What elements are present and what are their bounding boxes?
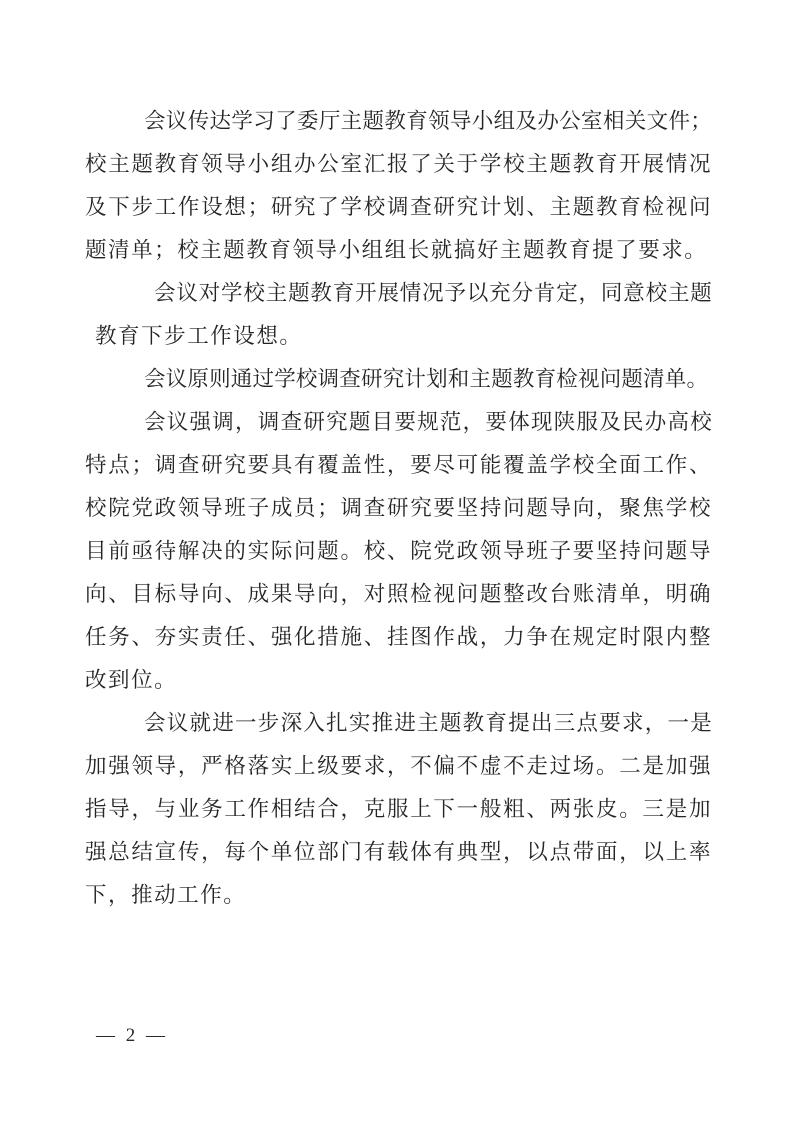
paragraph-1: 会议传达学习了委厅主题教育领导小组及办公室相关文件； 校主题教育领导小组办公室汇…: [85, 100, 712, 272]
paragraph-4: 会议强调，调查研究题目要规范，要体现陕服及民办高校 特点；调查研究要具有覆盖性，…: [85, 401, 712, 702]
text-line: 教育下步工作设想。: [95, 315, 712, 358]
text-line: 改到位。: [85, 659, 712, 702]
paragraph-5: 会议就进一步深入扎实推进主题教育提出三点要求，一是 加强领导，严格落实上级要求，…: [85, 702, 712, 917]
page-number: — 2 —: [96, 1026, 165, 1046]
paragraph-3: 会议原则通过学校调查研究计划和主题教育检视问题清单。: [85, 358, 712, 401]
text-line: 会议强调，调查研究题目要规范，要体现陕服及民办高校: [85, 401, 712, 444]
text-line: 任务、夯实责任、强化措施、挂图作战，力争在规定时限内整: [85, 616, 712, 659]
text-line: 会议就进一步深入扎实推进主题教育提出三点要求，一是: [85, 702, 712, 745]
text-line: 校院党政领导班子成员；调查研究要坚持问题导向，聚焦学校: [85, 487, 712, 530]
text-line: 目前亟待解决的实际问题。校、院党政领导班子要坚持问题导: [85, 530, 712, 573]
document-body: 会议传达学习了委厅主题教育领导小组及办公室相关文件； 校主题教育领导小组办公室汇…: [85, 100, 712, 917]
text-line: 题清单；校主题教育领导小组组长就搞好主题教育提了要求。: [85, 229, 712, 272]
text-line: 校主题教育领导小组办公室汇报了关于学校主题教育开展情况: [85, 143, 712, 186]
text-line: 会议对学校主题教育开展情况予以充分肯定，同意校主题: [95, 272, 712, 315]
text-line: 下，推动工作。: [85, 874, 712, 917]
text-line: 指导，与业务工作相结合，克服上下一般粗、两张皮。三是加: [85, 788, 712, 831]
text-line: 特点；调查研究要具有覆盖性，要尽可能覆盖学校全面工作、: [85, 444, 712, 487]
document-page: 会议传达学习了委厅主题教育领导小组及办公室相关文件； 校主题教育领导小组办公室汇…: [0, 0, 794, 1123]
text-line: 会议原则通过学校调查研究计划和主题教育检视问题清单。: [85, 358, 712, 401]
paragraph-2: 会议对学校主题教育开展情况予以充分肯定，同意校主题 教育下步工作设想。: [95, 272, 712, 358]
text-line: 向、目标导向、成果导向，对照检视问题整改台账清单，明确: [85, 573, 712, 616]
text-line: 加强领导，严格落实上级要求，不偏不虚不走过场。二是加强: [85, 745, 712, 788]
text-line: 及下步工作设想；研究了学校调查研究计划、主题教育检视问: [85, 186, 712, 229]
text-line: 会议传达学习了委厅主题教育领导小组及办公室相关文件；: [85, 100, 712, 143]
text-line: 强总结宣传，每个单位部门有载体有典型，以点带面，以上率: [85, 831, 712, 874]
